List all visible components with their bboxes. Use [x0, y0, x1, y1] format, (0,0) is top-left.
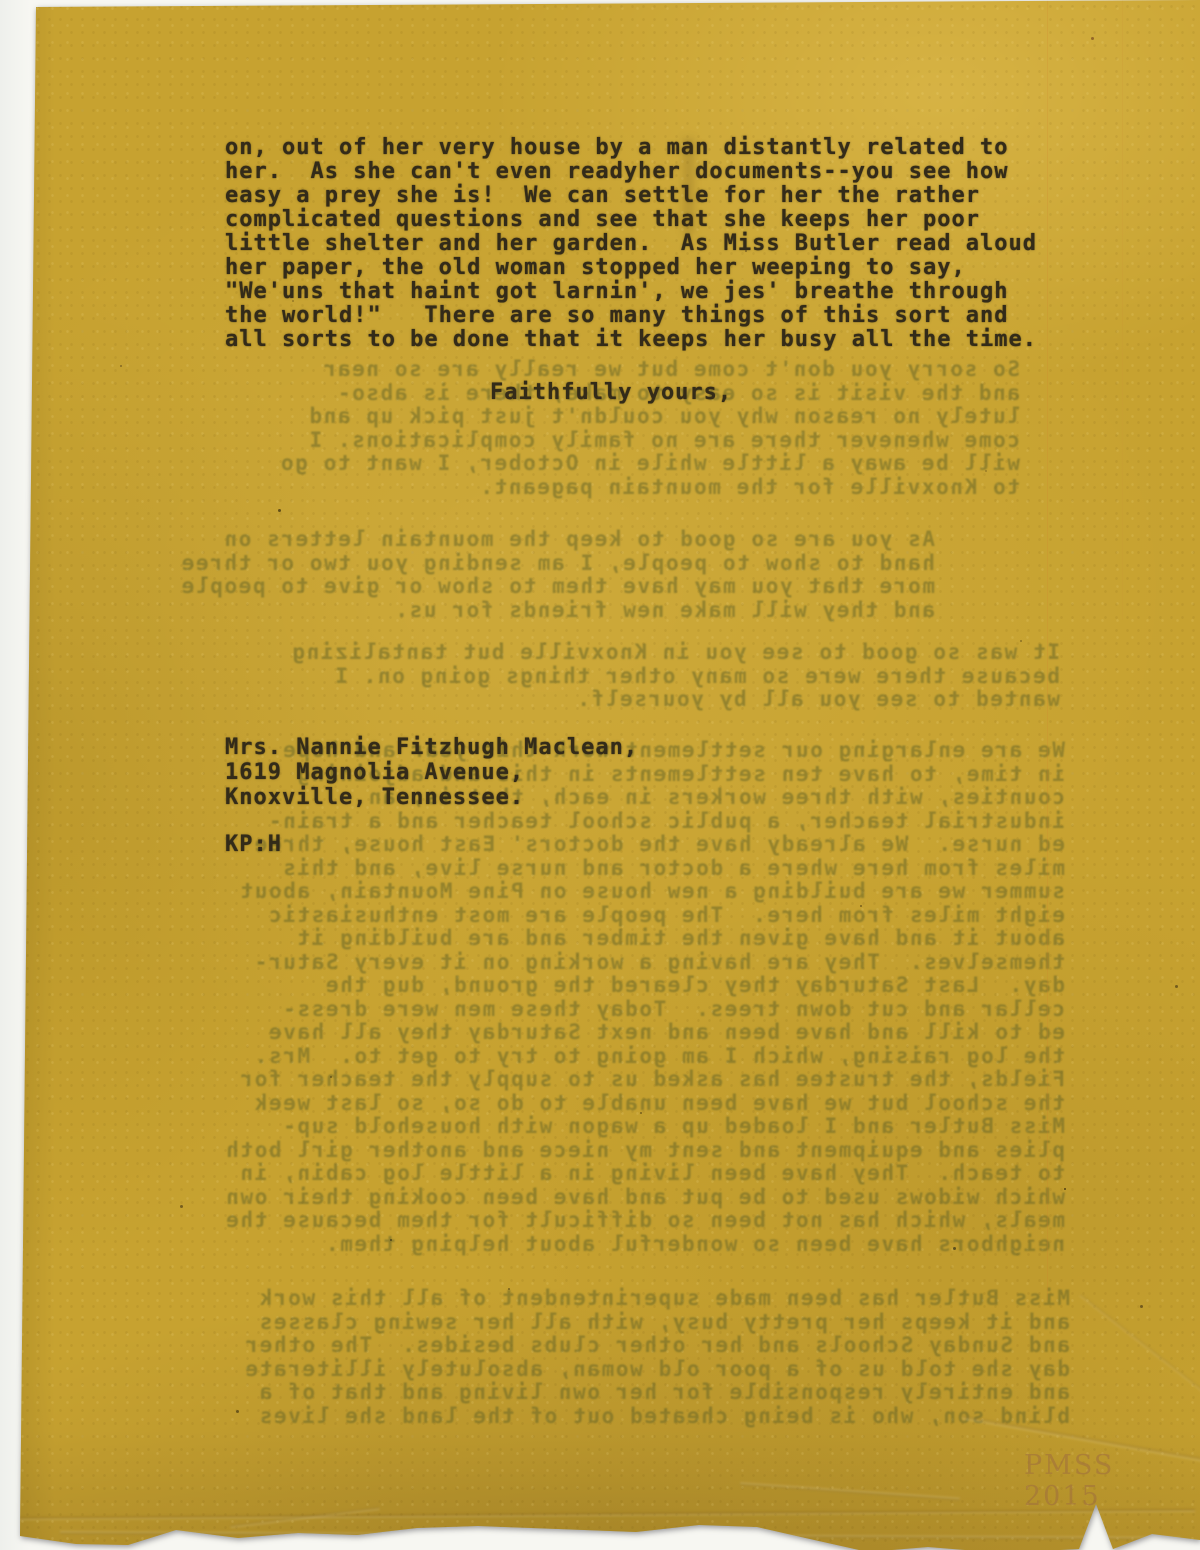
bleedthrough-paragraph-5: Miss Butler has been made superintendent…	[170, 1287, 1070, 1428]
paper-speck	[1140, 1305, 1143, 1308]
typist-initials: KP:H	[225, 833, 282, 857]
paper-speck	[236, 1410, 239, 1413]
paper-speck	[330, 1076, 332, 1078]
letter-body: on, out of her very house by a man dista…	[225, 136, 1037, 352]
paper-speck	[1020, 640, 1022, 642]
paper-speck	[120, 365, 122, 367]
letter-closing: Faithfully yours,	[490, 381, 732, 405]
ink-smudge	[683, 138, 694, 234]
paper-speck	[1064, 1188, 1066, 1190]
paper-speck	[508, 1288, 510, 1290]
pmss-watermark: PMSS 2015	[1024, 1450, 1200, 1512]
paper-speck	[1091, 37, 1094, 40]
paper-crease	[15, 1508, 1195, 1520]
bleedthrough-paragraph-4: We are enlarging our settlement work thi…	[165, 739, 1065, 1256]
paper-shadow: So sorry you don't come but we really ar…	[0, 0, 1200, 1550]
scan-line-artifact	[1047, 0, 1048, 1300]
scan-line-artifact	[1122, 0, 1123, 620]
paper-speck	[292, 300, 294, 302]
scanned-letter-page: So sorry you don't come but we really ar…	[0, 0, 1200, 1550]
paper-speck	[953, 1247, 956, 1250]
paper-speck	[180, 1205, 183, 1208]
bleedthrough-paragraph-3: It was so good to see you in Knoxville b…	[160, 641, 1060, 712]
letter-paper: So sorry you don't come but we really ar…	[0, 0, 1200, 1550]
paper-crease	[740, 1482, 960, 1500]
recipient-address: Mrs. Nannie Fitzhugh Maclean, 1619 Magno…	[225, 735, 638, 810]
paper-speck	[640, 1112, 642, 1114]
paper-speck	[985, 470, 987, 472]
bleedthrough-paragraph-2: As you are so good to keep the mountain …	[35, 528, 935, 622]
paper-speck	[860, 905, 862, 907]
paper-speck	[745, 250, 747, 252]
paper-speck	[278, 509, 281, 512]
paper-speck	[390, 1239, 392, 1241]
paper-crease	[60, 1531, 1180, 1540]
paper-speck	[1175, 985, 1178, 988]
paper-crease	[1079, 1294, 1200, 1413]
